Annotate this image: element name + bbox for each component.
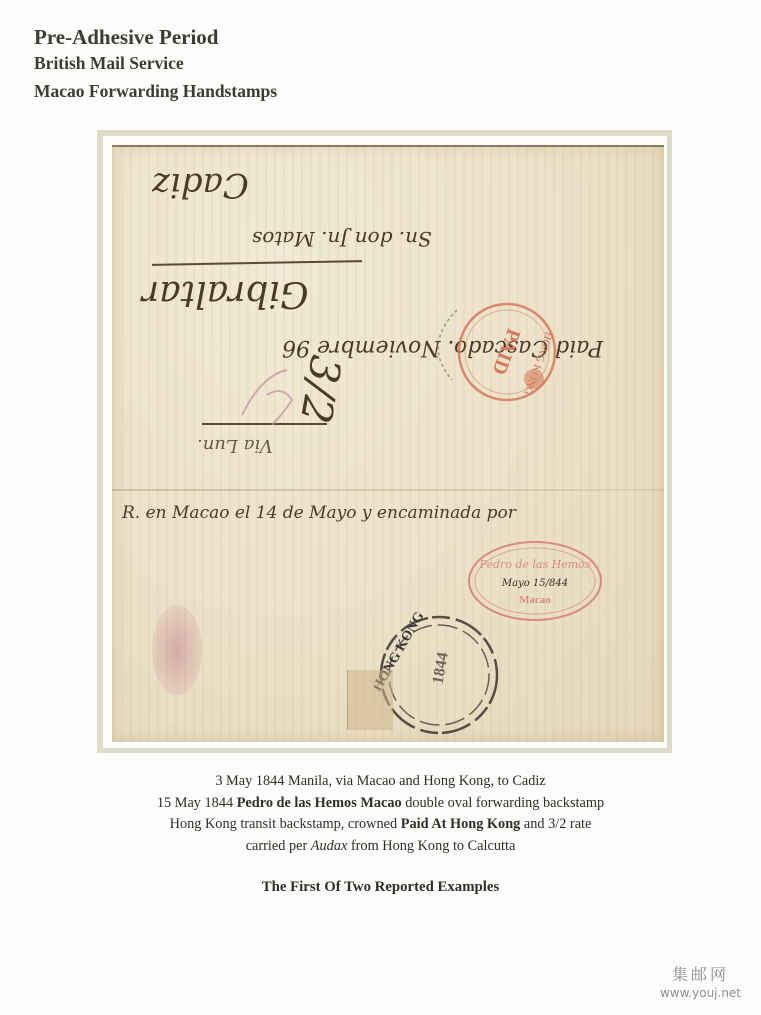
paid-marking-name: Paid At Hong Kong bbox=[401, 816, 521, 832]
page-subtitle-service: British Mail Service bbox=[34, 49, 277, 77]
crayon-mark-icon bbox=[232, 365, 302, 425]
page-title: Pre-Adhesive Period bbox=[34, 25, 277, 49]
postal-cover-image: Cadiz Sn. don Jn. Matos Gibraltar Paid C… bbox=[112, 145, 664, 742]
address-underline bbox=[152, 260, 362, 265]
caption-forwarding: 15 May 1844 Pedro de las Hemos Macao dou… bbox=[0, 793, 761, 815]
svg-text:1844: 1844 bbox=[430, 651, 452, 685]
svg-text:Mayo 15/844: Mayo 15/844 bbox=[501, 578, 568, 589]
svg-text:Macao: Macao bbox=[519, 594, 551, 606]
page-header: Pre-Adhesive Period British Mail Service… bbox=[34, 25, 277, 105]
ship-name: Audax bbox=[311, 838, 348, 854]
fold-line bbox=[112, 489, 664, 491]
caption-footnote: The First Of Two Reported Examples bbox=[0, 877, 761, 899]
caption-carrier: carried per Audax from Hong Kong to Calc… bbox=[0, 836, 761, 858]
address-line-cadiz: Cadiz bbox=[152, 165, 249, 205]
address-line-gibraltar: Gibraltar bbox=[142, 273, 309, 314]
ink-smear bbox=[152, 605, 202, 695]
watermark-chinese: 集邮网 bbox=[648, 962, 753, 985]
caption-transit: Hong Kong transit backstamp, crowned Pai… bbox=[0, 814, 761, 836]
forwarder-name: Pedro de las Hemos Macao bbox=[237, 795, 402, 811]
page-subtitle-handstamps: Macao Forwarding Handstamps bbox=[34, 77, 277, 105]
site-watermark: 集邮网 www.youj.net bbox=[648, 962, 753, 1000]
svg-text:PAID: PAID bbox=[488, 326, 525, 378]
address-line-recipient: Sn. don Jn. Matos bbox=[252, 227, 432, 251]
forwarding-note: R. en Macao el 14 de Mayo y encaminada p… bbox=[122, 503, 516, 523]
partial-backstamp-icon bbox=[412, 305, 472, 385]
hong-kong-backstamp-icon: HONG KONG 1844 bbox=[374, 610, 504, 740]
caption-route: 3 May 1844 Manila, via Macao and Hong Ko… bbox=[0, 771, 761, 793]
watermark-url: www.youj.net bbox=[648, 986, 753, 1000]
address-line-via: Via Lun. bbox=[197, 435, 273, 456]
docket-label bbox=[347, 670, 393, 730]
svg-text:Pedro de las Hemos: Pedro de las Hemos bbox=[479, 558, 591, 571]
exhibit-caption: 3 May 1844 Manila, via Macao and Hong Ko… bbox=[0, 771, 761, 899]
